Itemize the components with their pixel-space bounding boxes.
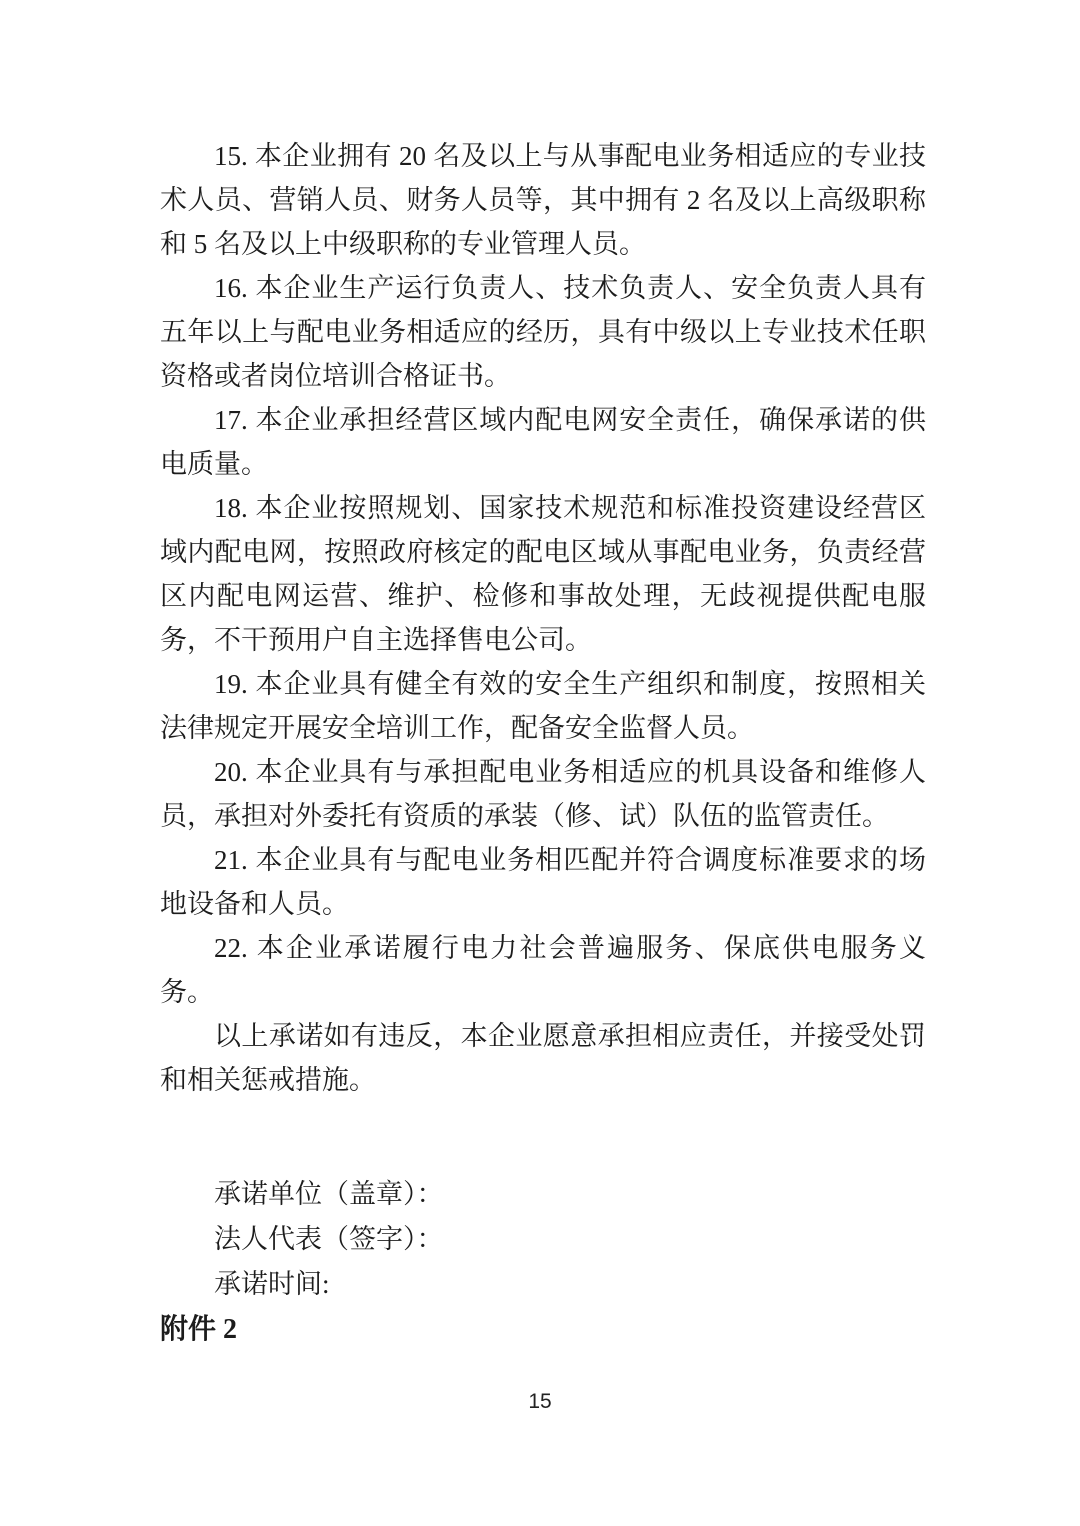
closing-paragraph: 以上承诺如有违反，本企业愿意承担相应责任，并接受处罚和相关惩戒措施。: [160, 1014, 926, 1102]
clause-paragraph-22: 22. 本企业承诺履行电力社会普遍服务、保底供电服务义务。: [160, 926, 926, 1014]
clause-paragraph-17: 17. 本企业承担经营区域内配电网安全责任，确保承诺的供电质量。: [160, 398, 926, 486]
document-body: 15. 本企业拥有 20 名及以上与从事配电业务相适应的专业技术人员、营销人员、…: [160, 134, 926, 1352]
clause-paragraph-19: 19. 本企业具有健全有效的安全生产组织和制度，按照相关法律规定开展安全培训工作…: [160, 662, 926, 750]
clause-paragraph-20: 20. 本企业具有与承担配电业务相适应的机具设备和维修人员，承担对外委托有资质的…: [160, 750, 926, 838]
clause-paragraph-21: 21. 本企业具有与配电业务相匹配并符合调度标准要求的场地设备和人员。: [160, 838, 926, 926]
signature-line-legal-representative: 法人代表（签字）：: [160, 1217, 926, 1262]
page-number: 15: [0, 1390, 1080, 1414]
clause-paragraph-18: 18. 本企业按照规划、国家技术规范和标准投资建设经营区域内配电网，按照政府核定…: [160, 486, 926, 662]
attachment-label: 附件 2: [160, 1307, 926, 1352]
signature-block: 承诺单位（盖章）： 法人代表（签字）： 承诺时间:: [160, 1172, 926, 1307]
clause-paragraph-16: 16. 本企业生产运行负责人、技术负责人、安全负责人具有五年以上与配电业务相适应…: [160, 266, 926, 398]
document-page: 15. 本企业拥有 20 名及以上与从事配电业务相适应的专业技术人员、营销人员、…: [0, 0, 1080, 1526]
signature-line-commitment-time: 承诺时间:: [160, 1262, 926, 1307]
clause-paragraph-15: 15. 本企业拥有 20 名及以上与从事配电业务相适应的专业技术人员、营销人员、…: [160, 134, 926, 266]
signature-line-unit-seal: 承诺单位（盖章）：: [160, 1172, 926, 1217]
